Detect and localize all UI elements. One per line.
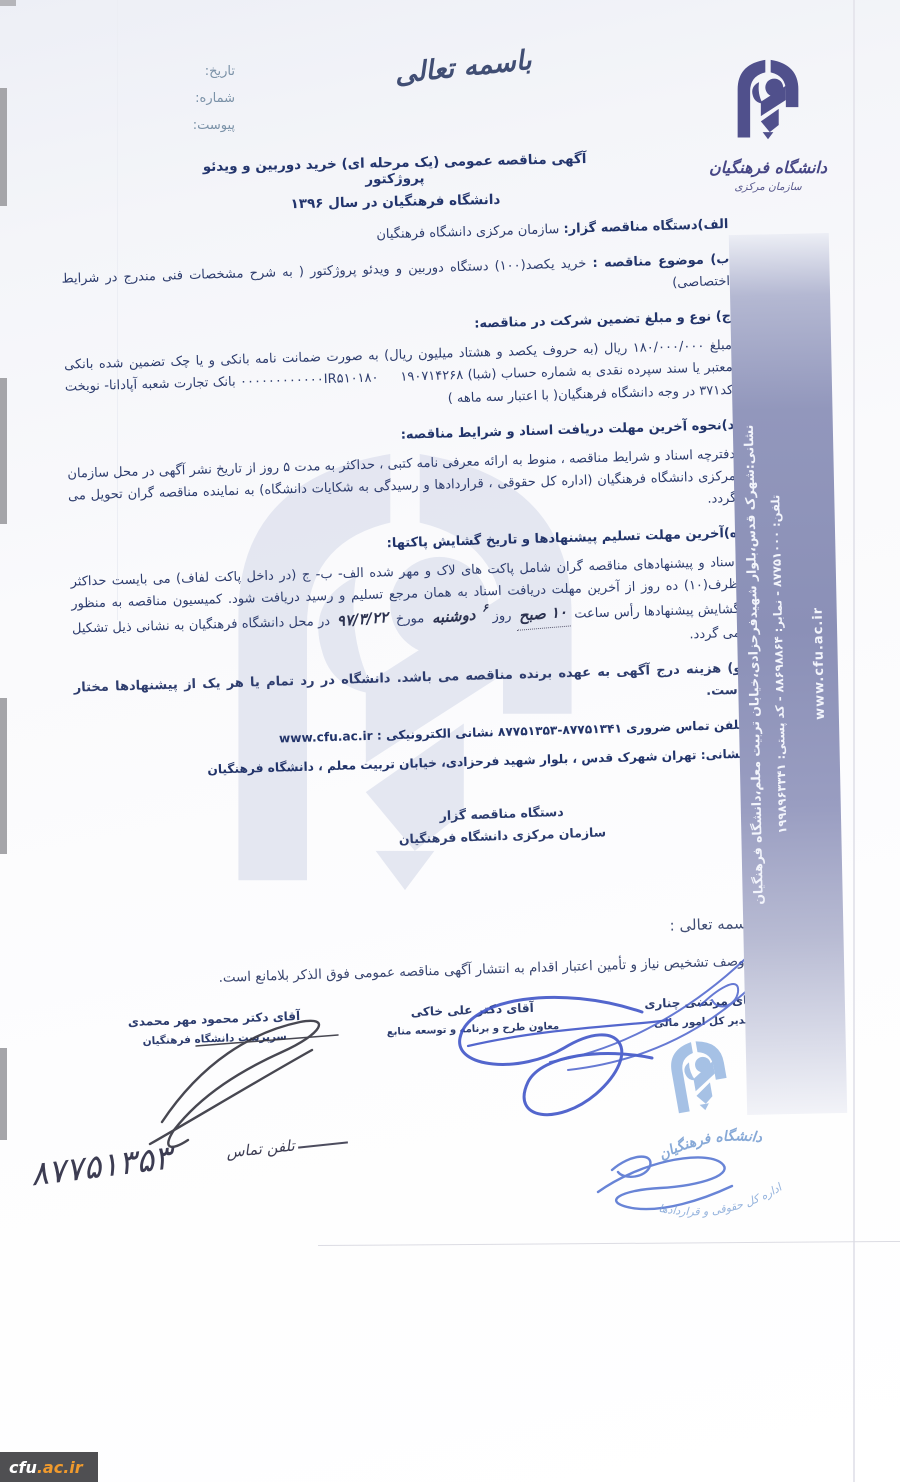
handwritten-phone-number: ۸۷۷۵۱۳۵۳ bbox=[28, 1138, 173, 1194]
notice-title-line1: آگهی مناقصه عمومی (یک مرحله ای) خرید دور… bbox=[194, 151, 595, 191]
contact-email-label: نشانی الکترونیکی : bbox=[377, 725, 494, 742]
scan-edge-artifact bbox=[0, 1048, 7, 1140]
contact-label: تلفن تماس ضروری bbox=[626, 718, 743, 735]
handwritten-day-note: ۶ bbox=[482, 600, 488, 619]
signatory-left: آقای دکتر محمود مهر محمدی سرپرست دانشگاه… bbox=[128, 1009, 301, 1048]
badge-suffix: .ac.ir bbox=[37, 1458, 83, 1477]
paper-edge-line bbox=[853, 0, 855, 1482]
cfu-watermark-badge: cfu.ac.ir bbox=[0, 1452, 98, 1482]
scanned-page: تاریخ: شماره: پیوست: باسمه تعالی دانشگاه… bbox=[0, 0, 900, 1482]
signatory-middle-name: آقای دکتر علی خاکی bbox=[386, 1000, 559, 1020]
contact-numbers: ۸۷۷۵۱۳۵۳-۸۷۷۵۱۳۴۱ bbox=[498, 718, 623, 742]
svg-text:اداره کل حقوقی و قراردادها: اداره کل حقوقی و قراردادها bbox=[655, 1179, 788, 1227]
number-label: شماره: bbox=[165, 91, 235, 106]
band-website: www.cfu.ac.ir bbox=[803, 248, 835, 1078]
contact-website: www.cfu.ac.ir bbox=[279, 726, 373, 750]
section-e-text2: روز bbox=[492, 609, 511, 625]
approval-statement: با وصف تشخیص نیاز و تأمین اعتبار اقدام ب… bbox=[137, 954, 757, 988]
handwritten-phone-label: تلفن تماس bbox=[225, 1136, 295, 1161]
scan-edge-artifact bbox=[0, 88, 7, 206]
handwritten-time: ۱۰ صبح bbox=[515, 600, 571, 631]
date-label: تاریخ: bbox=[165, 64, 235, 79]
scan-corner-artifact bbox=[0, 0, 16, 6]
document-body: الف)دستگاه مناقصه گزار: سازمان مرکزی دان… bbox=[60, 214, 744, 784]
signatory-middle: آقای دکتر علی خاکی معاون طرح و برنامه و … bbox=[386, 1000, 559, 1039]
band-phone-fax: تلفن: ۸۷۷۵۱۰۰۰ - نمابر: ۸۸۶۹۸۸۶۴ - کد پس… bbox=[763, 249, 794, 1079]
attachment-label: پیوست: bbox=[165, 118, 235, 133]
scan-edge-artifact bbox=[0, 698, 7, 854]
section-c-text2: بانک تجارت شعبه آپادانا- نوبخت کد۳۷۱ در … bbox=[65, 375, 734, 406]
stamp-org-text: دانشگاه فرهنگیان bbox=[655, 1121, 767, 1164]
notice-title-line2: دانشگاه فرهنگیان در سال ۱۳۹۶ bbox=[195, 190, 595, 214]
svg-text:دانشگاه فرهنگیان: دانشگاه فرهنگیان bbox=[655, 1121, 767, 1164]
sheba-number-left: ۰۰۰۰۰۰۰۰۰۰۰۰IR۵۱۰۱۸۰ bbox=[240, 368, 379, 394]
letterhead-side-band: نشانی:شهرک قدس،بلوار شهیدفرحزادی،خیابان … bbox=[729, 233, 847, 1115]
handwritten-day: دوشنبه bbox=[428, 603, 480, 632]
scan-edge-artifact bbox=[0, 378, 7, 524]
section-a-label: الف)دستگاه مناقصه گزار: bbox=[563, 217, 728, 237]
stamp-logo-icon bbox=[667, 1037, 731, 1115]
signatory-left-title: سرپرست دانشگاه فرهنگیان bbox=[128, 1030, 301, 1048]
university-logo-icon bbox=[722, 50, 814, 150]
section-d-body: دفترچه اسناد و شرایط مناقصه ، منوط به ار… bbox=[67, 444, 737, 530]
university-logo-block: دانشگاه فرهنگیان سازمان مرکزی bbox=[698, 50, 838, 193]
section-c-body: مبلغ ۱۸۰/۰۰۰/۰۰۰ ریال (به حروف یکصد و هش… bbox=[64, 335, 734, 421]
paper-edge-line-bottom bbox=[318, 1241, 900, 1246]
signatory-middle-title: معاون طرح و برنامه و توسعه منابع bbox=[387, 1021, 560, 1038]
section-e-text3: مورخ bbox=[396, 612, 425, 628]
section-b: ب) موضوع مناقصه : خرید یکصد(۱۰۰) دستگاه … bbox=[61, 249, 730, 313]
notice-title: آگهی مناقصه عمومی (یک مرحله ای) خرید دور… bbox=[194, 151, 595, 214]
handwritten-date: ۹۷/۳/۲۲ bbox=[333, 605, 392, 635]
section-f: و) هزینه درج آگهی به عهده برنده مناقصه م… bbox=[73, 658, 742, 722]
section-a-text: سازمان مرکزی دانشگاه فرهنگیان bbox=[376, 222, 559, 242]
letterhead-meta: تاریخ: شماره: پیوست: bbox=[165, 64, 235, 145]
signatory-left-name: آقای دکتر محمود مهر محمدی bbox=[128, 1009, 301, 1029]
section-e-body: اسناد و پیشنهادهای مناقصه گران شامل پاکت… bbox=[70, 552, 740, 665]
signatory-right-name: آقای مرتضی چناری bbox=[644, 993, 760, 1011]
university-name: دانشگاه فرهنگیان bbox=[698, 158, 838, 177]
section-b-label: ب) موضوع مناقصه : bbox=[592, 252, 729, 271]
bismillah-calligraphy: باسمه تعالی bbox=[387, 44, 539, 91]
stamp-office-text: اداره کل حقوقی و قراردادها bbox=[655, 1179, 788, 1227]
university-subtitle: سازمان مرکزی bbox=[698, 181, 838, 193]
sheba-number-right: ۱۹۰۷۱۴۲۶۸ bbox=[400, 365, 463, 389]
section-a: الف)دستگاه مناقصه گزار: سازمان مرکزی دان… bbox=[60, 214, 728, 256]
badge-prefix: cfu bbox=[9, 1458, 37, 1477]
handwritten-overline bbox=[298, 1141, 348, 1148]
